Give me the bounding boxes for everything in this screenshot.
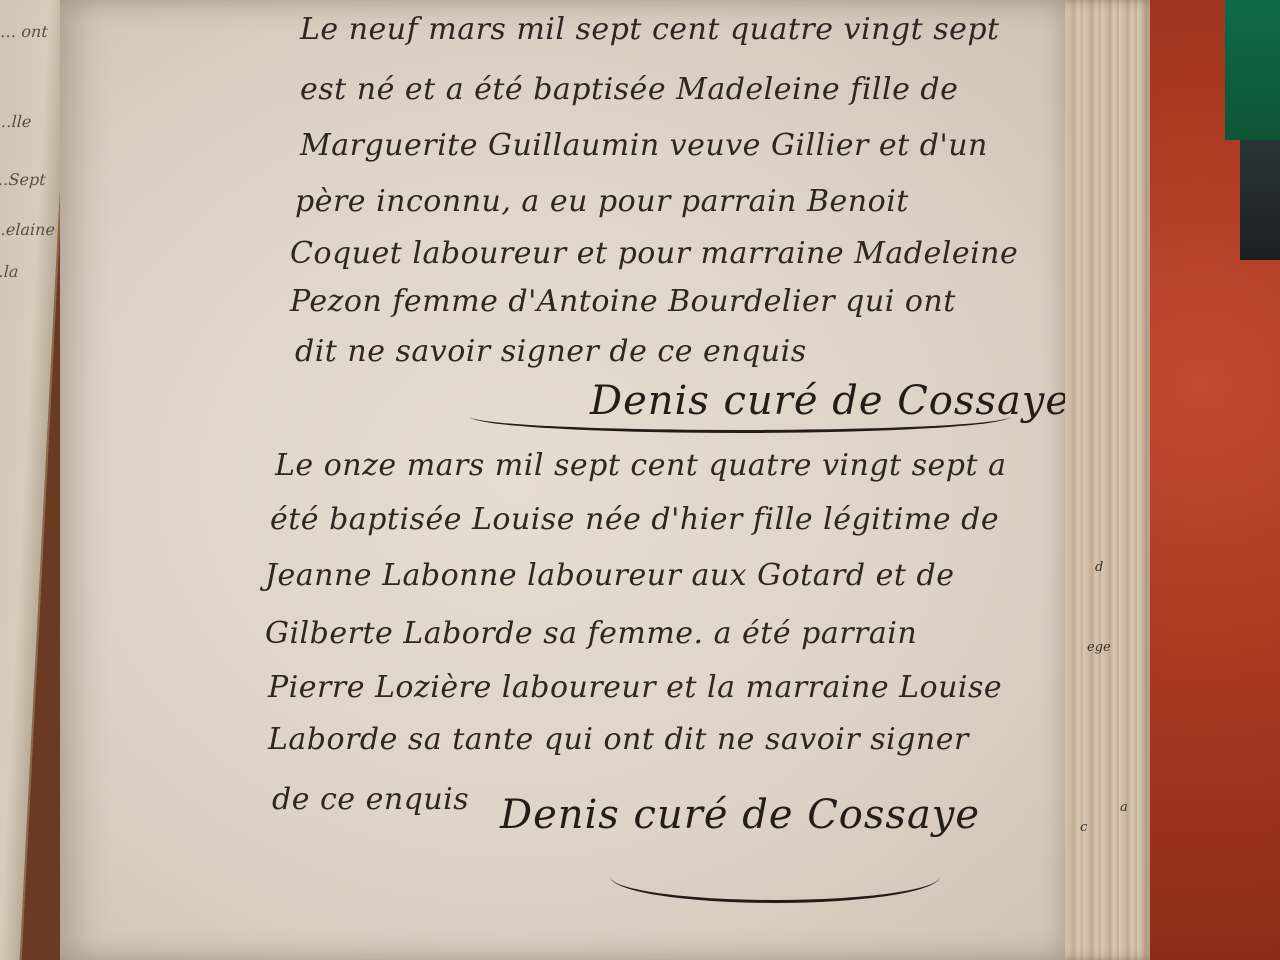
margin-fragment: …Sept [0, 170, 46, 189]
entry-line: Coquet laboureur et pour marraine Madele… [290, 236, 1018, 271]
margin-fragment: …la [0, 262, 19, 281]
entry-line: Jeanne Labonne laboureur aux Gotard et d… [265, 558, 954, 593]
page-edges-stack: ege d c a [1065, 0, 1155, 960]
signature-flourish [610, 850, 940, 903]
entry-line: dit ne savoir signer de ce enquis [295, 334, 807, 369]
entry-line: été baptisée Louise née d'hier fille lég… [270, 502, 999, 537]
entry-line: est né et a été baptisée Madeleine fille… [300, 72, 958, 107]
entry-line: Laborde sa tante qui ont dit ne savoir s… [268, 722, 969, 757]
entry-line: père inconnu, a eu pour parrain Benoit [295, 184, 909, 219]
green-cloth [1225, 0, 1280, 140]
entry-line: Marguerite Guillaumin veuve Gillier et d… [300, 128, 988, 163]
entry-line: Le neuf mars mil sept cent quatre vingt … [300, 12, 1000, 47]
edge-mark: c [1080, 820, 1087, 835]
entry-line: Pezon femme d'Antoine Bourdelier qui ont [290, 284, 956, 319]
entry-line: Le onze mars mil sept cent quatre vingt … [275, 448, 1006, 483]
margin-fragment: …lle [0, 112, 32, 131]
priest-signature: Denis curé de Cossaye [500, 792, 980, 838]
dark-background-corner [1240, 140, 1280, 260]
margin-fragment: …elaine [0, 220, 55, 239]
signature-flourish [470, 400, 1010, 433]
margin-fragment: … ont [0, 22, 48, 41]
edge-mark: ege [1087, 640, 1111, 655]
edge-mark: a [1120, 800, 1128, 815]
entry-line: Gilberte Laborde sa femme. a été parrain [265, 616, 917, 651]
edge-mark: d [1095, 560, 1103, 575]
entry-line: de ce enquis [272, 782, 469, 817]
entry-line: Pierre Lozière laboureur et la marraine … [268, 670, 1002, 705]
